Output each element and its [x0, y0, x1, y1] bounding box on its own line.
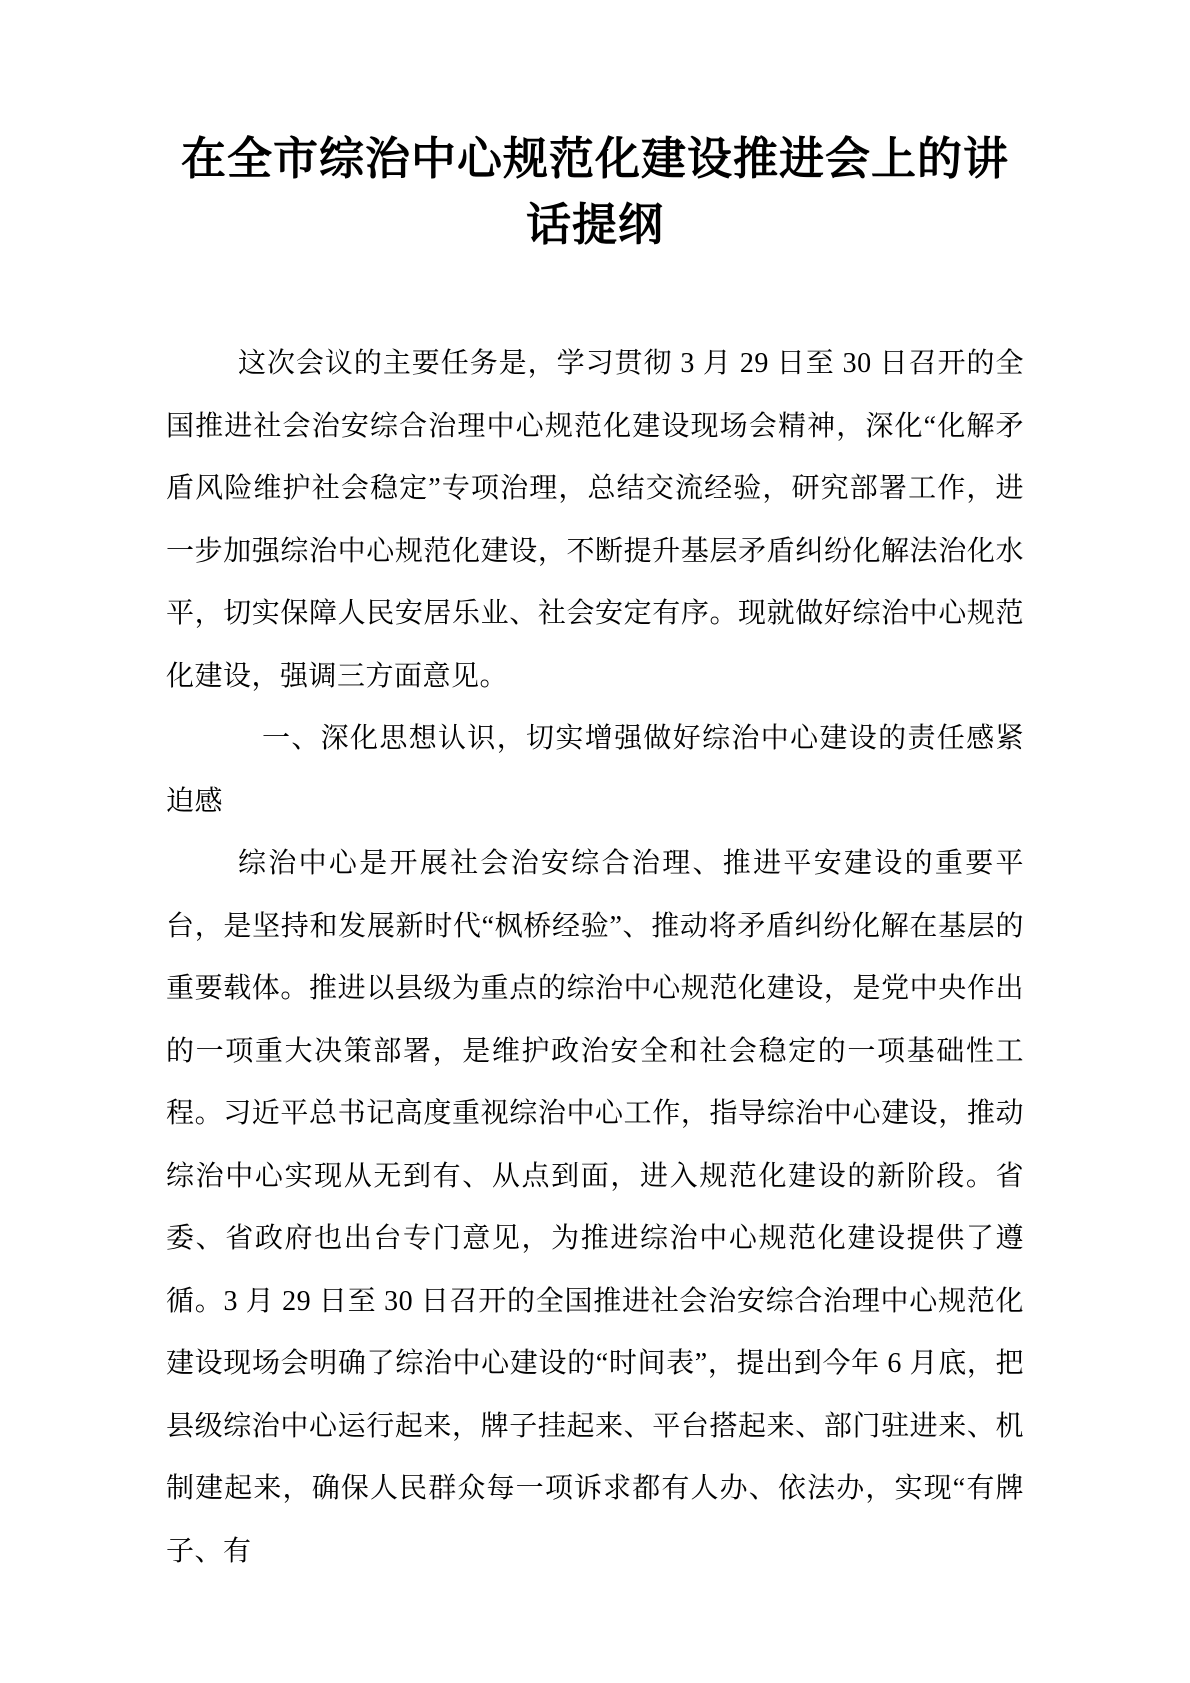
- paragraph-section-1: 综治中心是开展社会治安综合治理、推进平安建设的重要平台，是坚持和发展新时代“枫桥…: [166, 833, 1024, 1583]
- section-heading-1: 一、深化思想认识，切实增强做好综治中心建设的责任感紧迫感: [166, 708, 1024, 833]
- paragraph-intro: 这次会议的主要任务是，学习贯彻 3 月 29 日至 30 日召开的全国推进社会治…: [166, 333, 1024, 708]
- document-title: 在全市综治中心规范化建设推进会上的讲话提纲: [166, 126, 1024, 258]
- document-page: 在全市综治中心规范化建设推进会上的讲话提纲 这次会议的主要任务是，学习贯彻 3 …: [0, 0, 1190, 1683]
- document-body: 这次会议的主要任务是，学习贯彻 3 月 29 日至 30 日召开的全国推进社会治…: [166, 333, 1024, 1583]
